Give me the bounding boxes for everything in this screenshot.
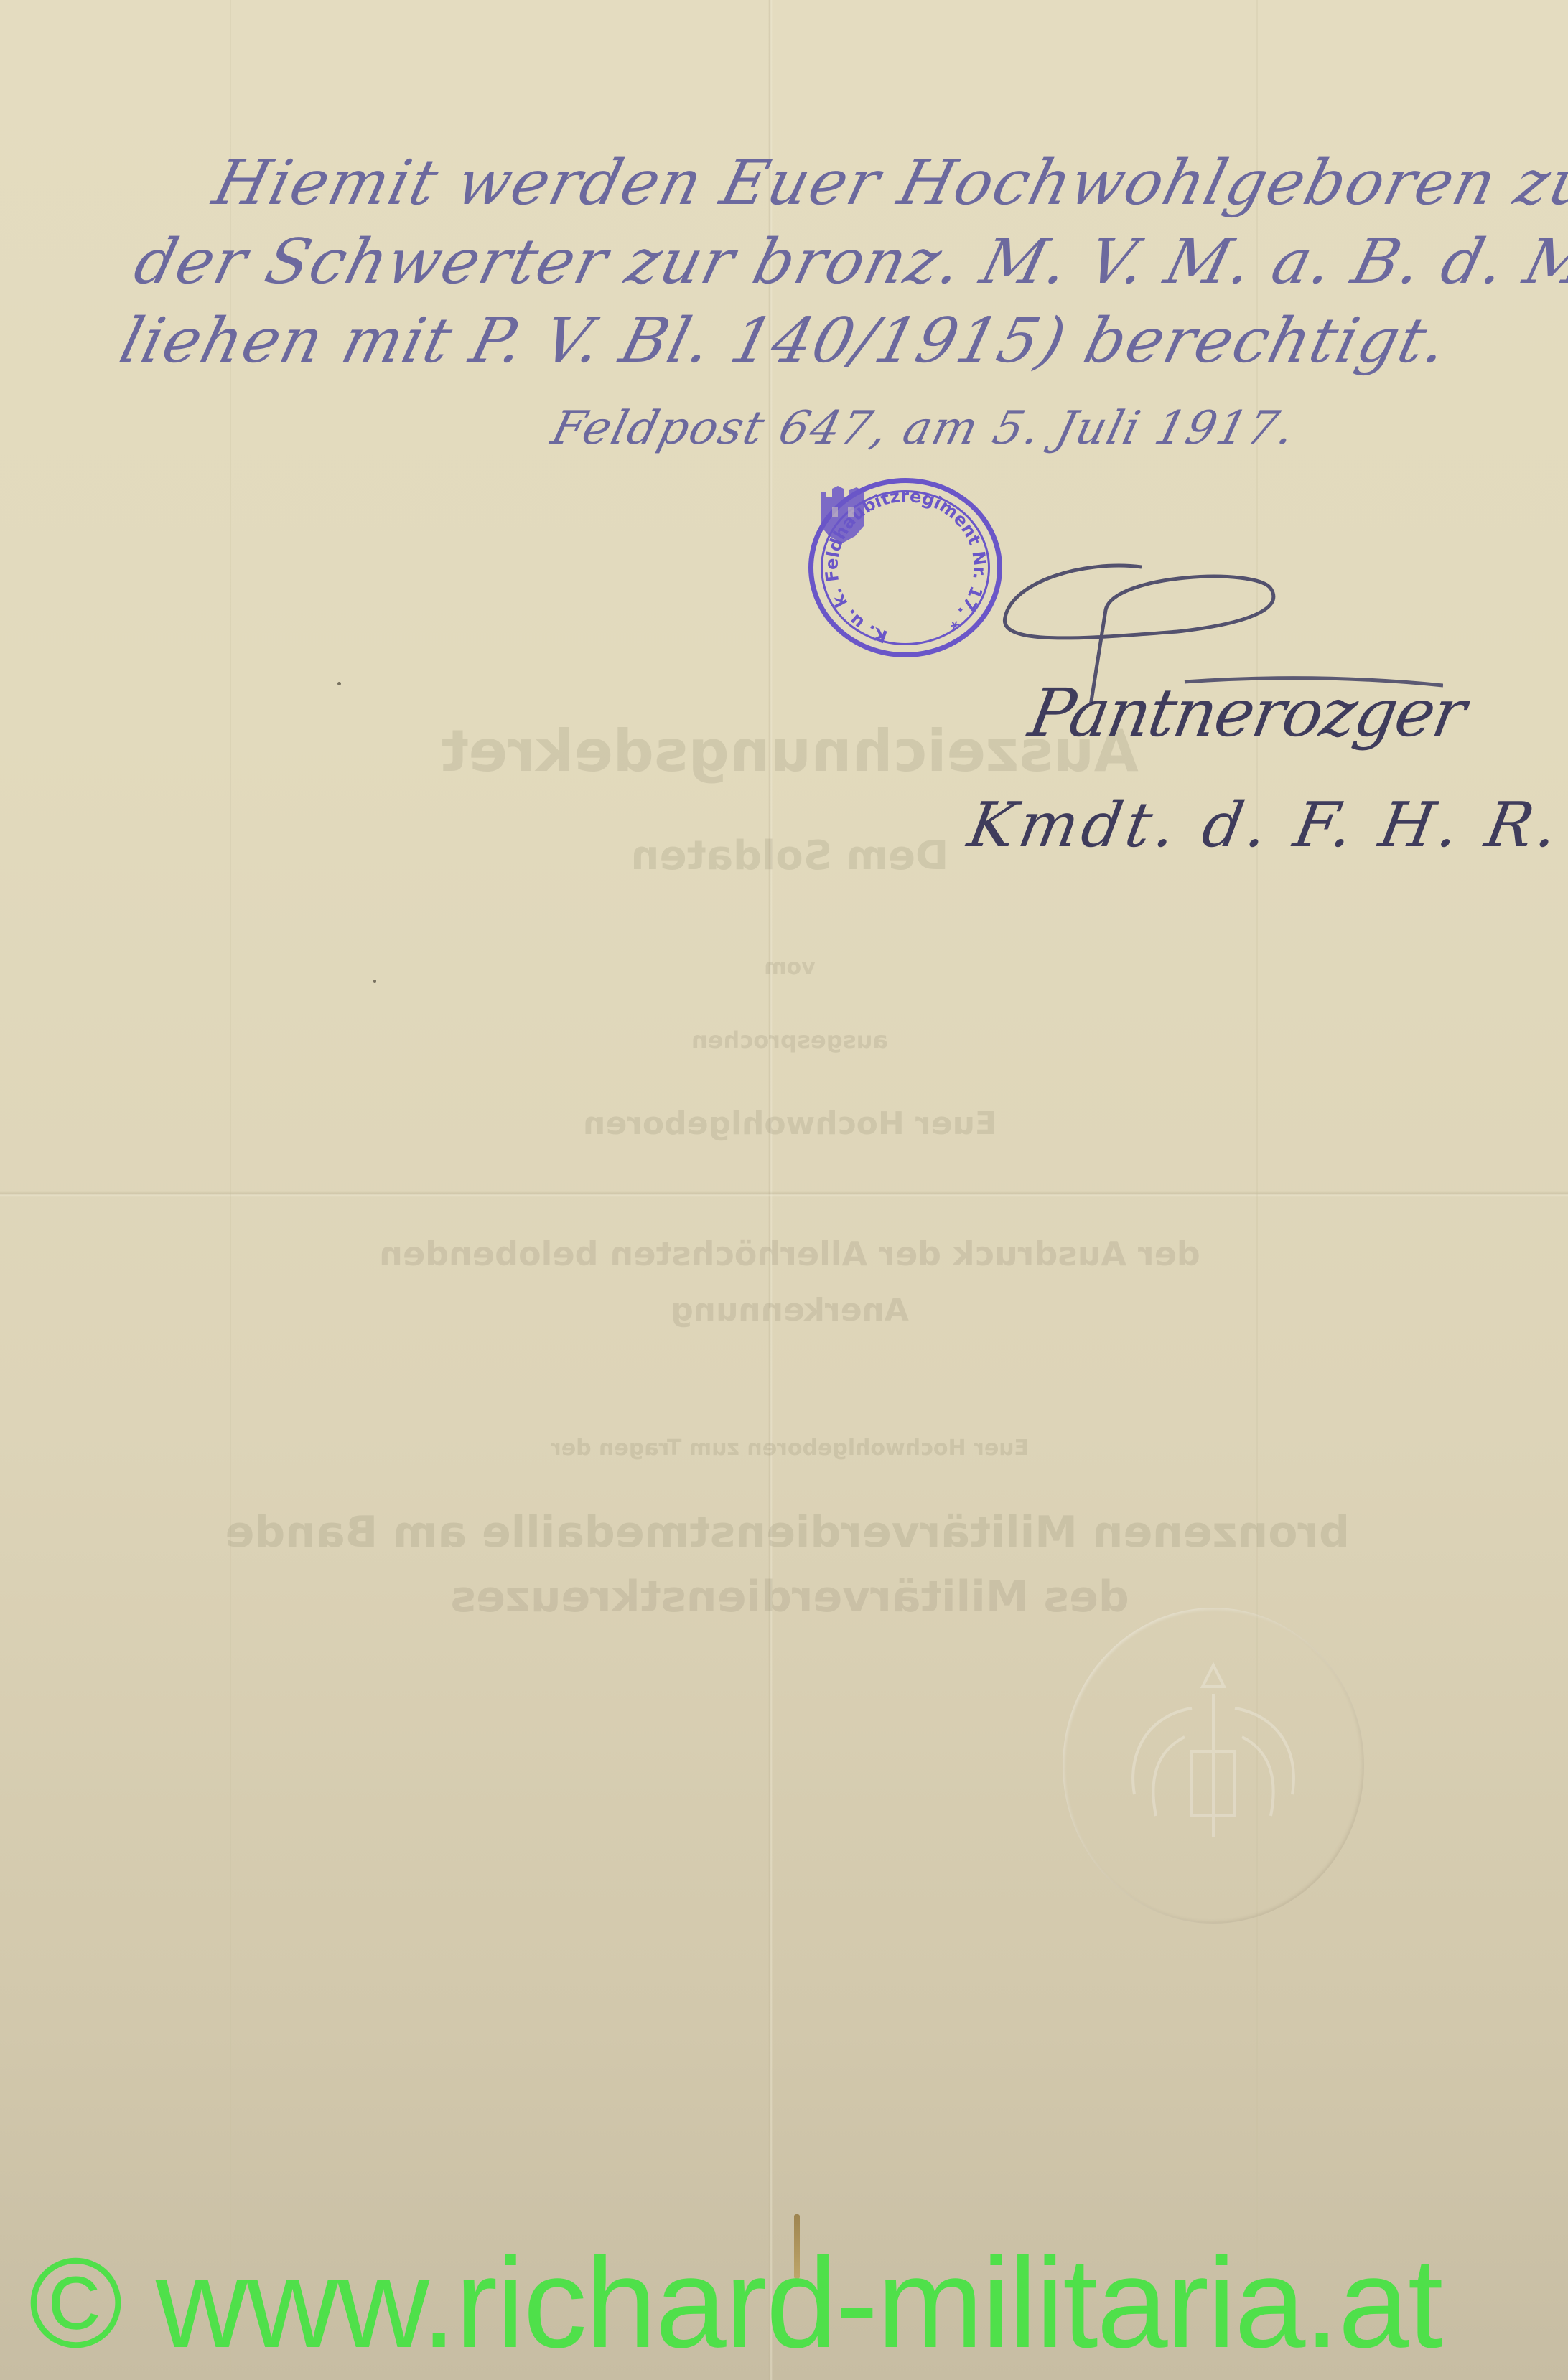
signature-name: Pantnerozger xyxy=(1024,675,1471,751)
place-and-date: Feldpost 647, am 5. Juli 1917. xyxy=(546,402,1302,455)
bleed-through-text: Euer Hochwohlgeboren xyxy=(503,1105,1077,1142)
bleed-through-text: der Ausdruck der Allerhöchsten belobende… xyxy=(323,1234,1256,1273)
copyright-watermark: © www.richard-militaria.at xyxy=(29,2239,1442,2367)
bleed-through-text: vom xyxy=(574,955,1005,980)
bleed-through-text: ausgesprochen xyxy=(503,1026,1077,1054)
ink-speck xyxy=(337,682,341,685)
bleed-through-text: des Militärverdienstkreuzes xyxy=(395,1572,1185,1622)
castle-crest-icon xyxy=(813,483,871,548)
bleed-through-text: Euer Hochwohlgeboren zum Tragen der xyxy=(431,1435,1149,1461)
handwritten-line-3: liehen mit P. V. Bl. 140/1915) berechtig… xyxy=(113,305,1456,377)
horizontal-fold-line xyxy=(0,1191,1568,1197)
double-headed-eagle-icon xyxy=(1120,1651,1307,1880)
handwritten-line-1: Hiemit werden Euer Hochwohlgeboren zum T… xyxy=(207,147,1568,219)
bleed-through-text: bronzenen Militärverdienstmedaille am Ba… xyxy=(237,1507,1350,1557)
signature-title: Kmdt. d. F. H. R. 17. xyxy=(963,790,1568,861)
handwritten-line-2: der Schwerter zur bronz. M. V. M. a. B. … xyxy=(128,226,1568,298)
regimental-stamp: K. u. k. Feldhaubitzregiment Nr. 17. * xyxy=(808,478,1002,657)
bleed-through-text: Anerkennung xyxy=(574,1292,1005,1329)
ink-speck xyxy=(373,980,376,983)
